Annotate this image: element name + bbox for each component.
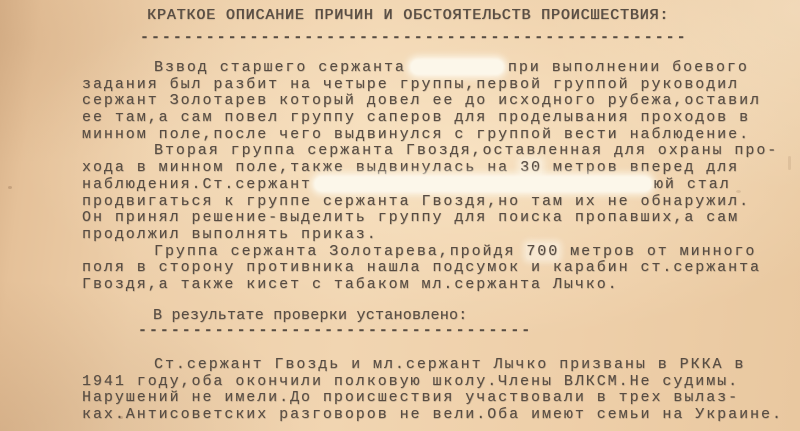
paragraph-2: Вторая группа сержанта Гвоздя,оставленна… — [82, 143, 798, 243]
text-line: задания был разбит на четыре группы,перв… — [82, 77, 798, 94]
text-line: продолжил выполнять приказ. — [82, 227, 798, 244]
erasure-patch: 700 — [526, 243, 559, 260]
title-dashed-underline: ----------------------------------------… — [140, 29, 688, 46]
paper-speck — [8, 186, 12, 189]
erasure-patch: 30 — [520, 159, 542, 176]
text-line: Он принял решение-выделить группу для по… — [82, 210, 798, 227]
text-line: наблюдения.Ст.сержантюй стал — [82, 177, 798, 194]
text-line: Гвоздя,а также кисет с табаком мл.сержан… — [82, 277, 798, 294]
text-line: Вторая группа сержанта Гвоздя,оставленна… — [82, 143, 798, 160]
text-line: ее там,а сам повел группу саперов для пр… — [82, 110, 798, 127]
text-line: минном поле,после чего выдвинулся с груп… — [82, 127, 798, 144]
text-segment: при выполнении боевого — [508, 59, 749, 76]
text-segment: метров вперед для — [542, 159, 739, 176]
text-segment: Группа сержанта Золотарева,пройдя — [154, 243, 526, 260]
text-line: сержант Золотарев который довел ее до ис… — [82, 93, 798, 110]
paper-speck — [736, 190, 741, 193]
text-segment: хода в минном поле,также выдвинулась на — [82, 159, 520, 176]
paper-speck — [120, 416, 123, 419]
text-line: 1941 году,оба окончили полковую школу.Чл… — [82, 374, 798, 391]
scanned-document-page: КРАТКОЕ ОПИСАНИЕ ПРИЧИН И ОБСТОЯТЕЛЬСТВ … — [0, 0, 800, 431]
text-line: Ст.сержант Гвоздь и мл.сержант Лычко при… — [82, 357, 798, 374]
text-line: поля в сторону противника нашла подсумок… — [82, 260, 798, 277]
text-line: хода в минном поле,также выдвинулась на … — [82, 160, 798, 177]
redaction-box — [411, 60, 503, 74]
text-segment: Взвод старшего сержанта — [154, 59, 406, 76]
text-line: Взвод старшего сержантапри выполнении бо… — [82, 60, 798, 77]
text-segment: юй стал — [654, 176, 731, 193]
text-segment: метров от минного — [559, 243, 756, 260]
redaction-box — [315, 177, 651, 191]
paragraph-3: Группа сержанта Золотарева,пройдя 700 ме… — [82, 244, 798, 294]
paragraph-4: Ст.сержант Гвоздь и мл.сержант Лычко при… — [82, 357, 798, 424]
text-segment: наблюдения.Ст.сержант — [82, 176, 312, 193]
text-line: Нарушений не имели.До происшествия участ… — [82, 390, 798, 407]
text-line: ках.Антисоветских разговоров не вели.Оба… — [82, 407, 798, 424]
paper-speck — [788, 156, 791, 170]
text-line: Группа сержанта Золотарева,пройдя 700 ме… — [82, 244, 798, 261]
text-line: продвигаться к группе сержанта Гвоздя,но… — [82, 194, 798, 211]
document-body: Взвод старшего сержантапри выполнении бо… — [82, 60, 798, 294]
paragraph-1: Взвод старшего сержантапри выполнении бо… — [82, 60, 798, 143]
document-title: КРАТКОЕ ОПИСАНИЕ ПРИЧИН И ОБСТОЯТЕЛЬСТВ … — [147, 7, 669, 24]
section-dashed-underline: ------------------------------------ — [138, 322, 532, 339]
